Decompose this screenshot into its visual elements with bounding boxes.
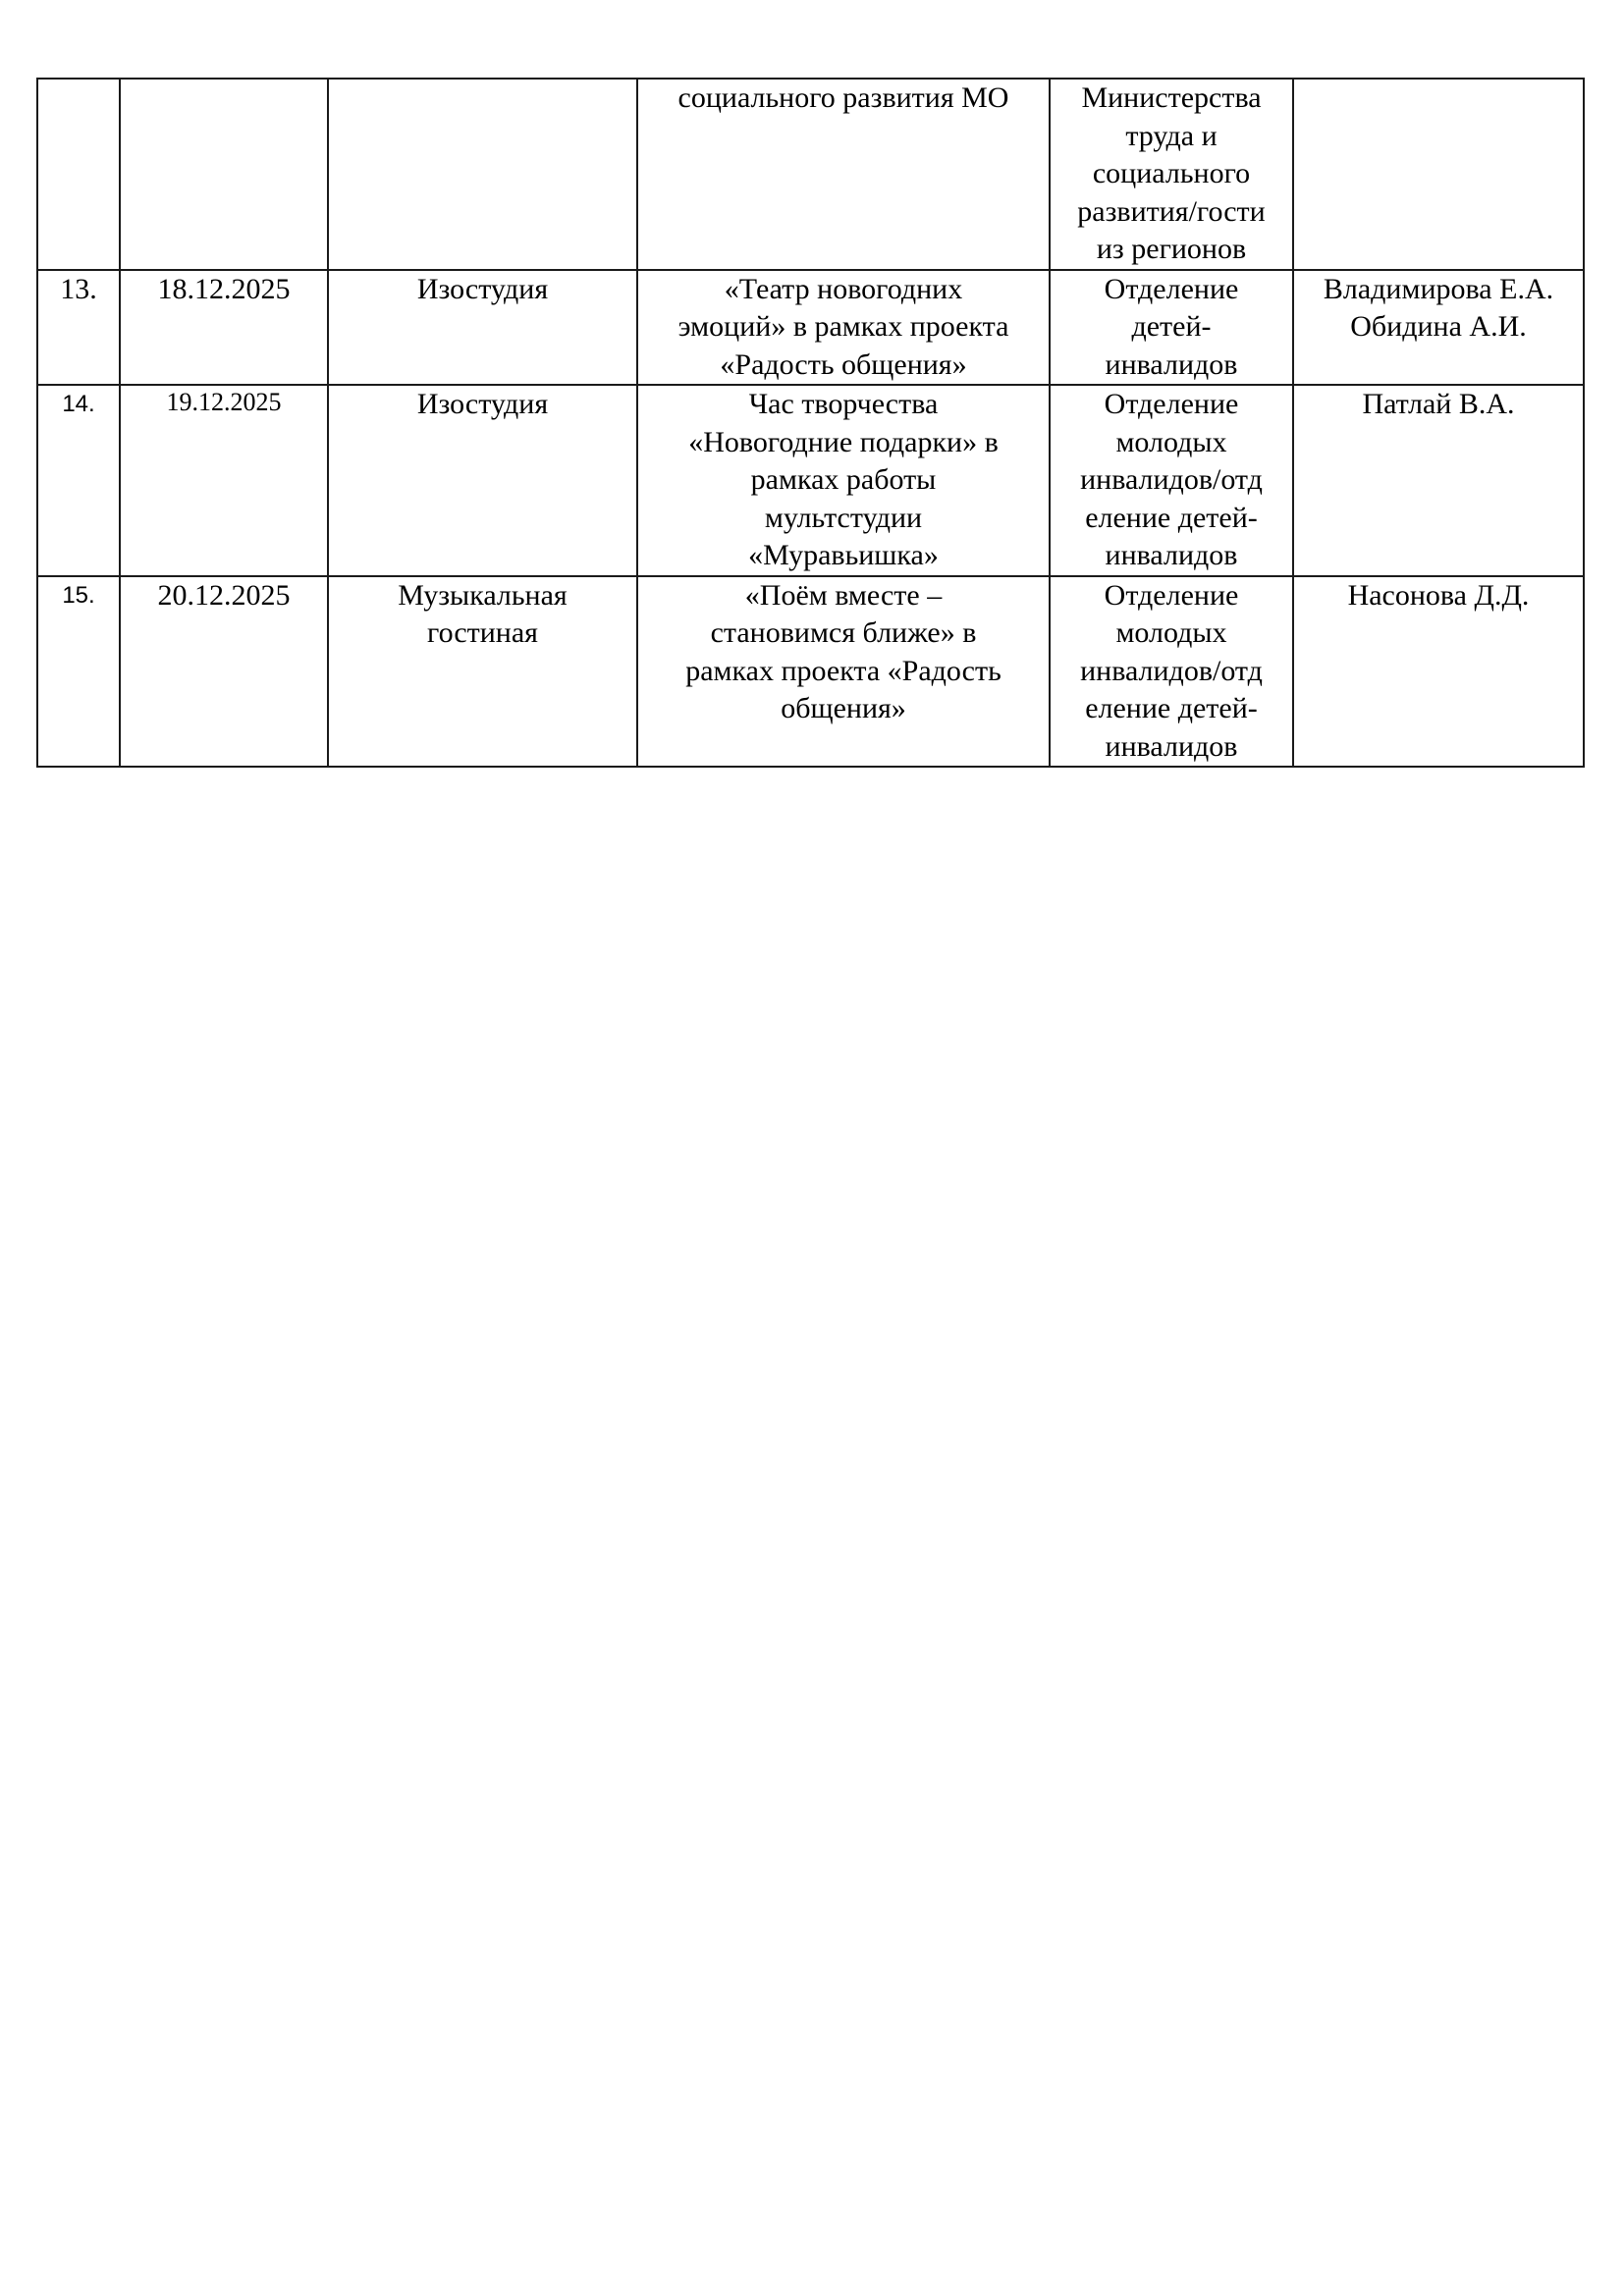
event-place: Изостудия (333, 271, 632, 309)
row-number: 13. (42, 271, 115, 309)
cell-responsible: Патлай В.А. (1293, 385, 1584, 576)
event-audience: Министерства труда и социального развити… (1055, 80, 1288, 269)
document-page: социального развития МО Министерства тру… (0, 0, 1624, 2296)
event-title: «Поём вместе – становимся ближе» в рамка… (642, 577, 1045, 728)
event-date: 20.12.2025 (125, 577, 323, 615)
events-schedule-table: социального развития МО Министерства тру… (36, 78, 1585, 768)
table-row: 13. 18.12.2025 Изостудия «Театр новогодн… (37, 270, 1584, 386)
cell-place (328, 79, 637, 270)
cell-date: 20.12.2025 (120, 576, 328, 768)
event-audience: Отделение молодых инвалидов/отд еление д… (1055, 577, 1288, 767)
cell-event: «Поём вместе – становимся ближе» в рамка… (637, 576, 1050, 768)
cell-place: Изостудия (328, 270, 637, 386)
cell-number: 15. (37, 576, 120, 768)
cell-number: 14. (37, 385, 120, 576)
event-title: «Театр новогодних эмоций» в рамках проек… (642, 271, 1045, 385)
cell-date (120, 79, 328, 270)
event-audience: Отделение молодых инвалидов/отд еление д… (1055, 386, 1288, 575)
cell-audience: Отделение молодых инвалидов/отд еление д… (1050, 576, 1293, 768)
cell-place: Музыкальная гостиная (328, 576, 637, 768)
table-row: 14. 19.12.2025 Изостудия Час творчества … (37, 385, 1584, 576)
table-row: 15. 20.12.2025 Музыкальная гостиная «Поё… (37, 576, 1584, 768)
cell-audience: Министерства труда и социального развити… (1050, 79, 1293, 270)
cell-event: «Театр новогодних эмоций» в рамках проек… (637, 270, 1050, 386)
cell-responsible: Владимирова Е.А. Обидина А.И. (1293, 270, 1584, 386)
event-date: 18.12.2025 (125, 271, 323, 309)
cell-date: 19.12.2025 (120, 385, 328, 576)
cell-audience: Отделение детей- инвалидов (1050, 270, 1293, 386)
cell-audience: Отделение молодых инвалидов/отд еление д… (1050, 385, 1293, 576)
row-number: 15. (42, 577, 115, 614)
event-place: Изостудия (333, 386, 632, 424)
event-responsible: Владимирова Е.А. Обидина А.И. (1298, 271, 1579, 347)
event-place: Музыкальная гостиная (333, 577, 632, 653)
row-number: 14. (42, 386, 115, 423)
cell-place: Изостудия (328, 385, 637, 576)
event-responsible: Насонова Д.Д. (1298, 577, 1579, 615)
cell-number: 13. (37, 270, 120, 386)
event-title: Час творчества «Новогодние подарки» в ра… (642, 386, 1045, 575)
cell-event: социального развития МО (637, 79, 1050, 270)
event-date: 19.12.2025 (125, 386, 323, 419)
cell-event: Час творчества «Новогодние подарки» в ра… (637, 385, 1050, 576)
event-responsible: Патлай В.А. (1298, 386, 1579, 424)
event-audience: Отделение детей- инвалидов (1055, 271, 1288, 385)
table-row: социального развития МО Министерства тру… (37, 79, 1584, 270)
cell-responsible (1293, 79, 1584, 270)
cell-date: 18.12.2025 (120, 270, 328, 386)
event-title: социального развития МО (642, 80, 1045, 118)
cell-responsible: Насонова Д.Д. (1293, 576, 1584, 768)
cell-number (37, 79, 120, 270)
